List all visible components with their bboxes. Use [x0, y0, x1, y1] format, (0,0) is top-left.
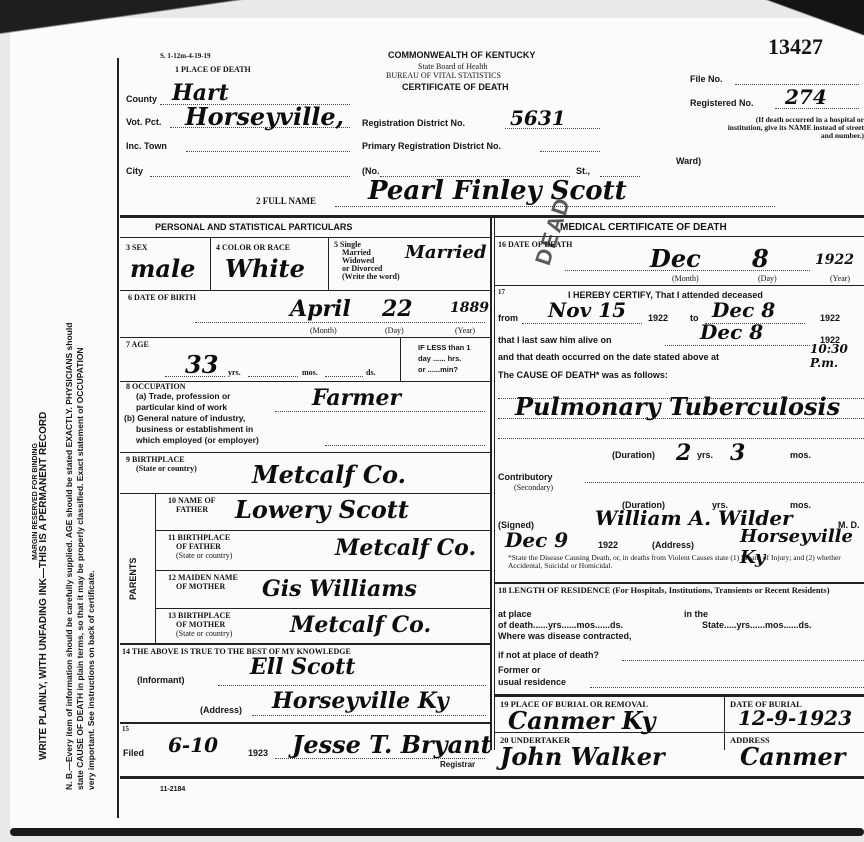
city-label: City: [126, 166, 143, 176]
birthplace-value: Metcalf Co.: [252, 460, 406, 489]
age-mos-line: [248, 376, 298, 377]
contributory-sub: (Secondary): [514, 483, 553, 492]
margin-line-4: very important. See instructions on back…: [86, 323, 97, 790]
father-name-label-1: 10 NAME OF: [168, 496, 216, 505]
dob-year-caption: (Year): [455, 326, 475, 335]
if-less-line-3: or ......min?: [418, 364, 471, 375]
contributory-line: [585, 482, 864, 483]
duration-yrs-caption: yrs.: [697, 450, 713, 460]
occ-a-line-1: (a) Trade, profession or: [136, 391, 230, 402]
undertaker-address-value: Canmer: [740, 742, 845, 771]
attended-to-label: to: [690, 313, 699, 323]
cause-value: Pulmonary Tuberculosis: [515, 392, 840, 421]
place-of-death-label: 1 PLACE OF DEATH: [175, 65, 251, 74]
marital-line-write: (Write the word): [334, 273, 400, 281]
informant-address-value: Horseyville Ky: [272, 688, 449, 714]
physician-address-label: (Address): [652, 540, 694, 550]
cause-label: The CAUSE OF DEATH* was as follows:: [498, 370, 668, 380]
death-year-caption: (Year): [830, 274, 850, 283]
race-divider: [328, 238, 329, 290]
rule-residence: [494, 582, 864, 584]
if-less-line-1: IF LESS than 1: [418, 342, 471, 353]
informant-label: (Informant): [137, 675, 185, 685]
father-birthplace-label: 11 BIRTHPLACE OF FATHER (State or countr…: [168, 533, 232, 560]
filed-num: 15: [122, 725, 129, 733]
filed-label: Filed: [123, 748, 144, 758]
primary-reg-label: Primary Registration District No.: [362, 141, 501, 151]
contributory-mos-caption: mos.: [790, 500, 811, 510]
informant-address-line: [252, 715, 486, 716]
residence-state: State.....yrs......mos......ds.: [702, 620, 812, 630]
ward-label: Ward): [676, 156, 701, 166]
age-years-line: [165, 376, 225, 377]
occ-b-line-1: (b) General nature of industry,: [124, 413, 259, 424]
father-birthplace-value: Metcalf Co.: [335, 535, 476, 561]
occ-b-line-2: business or establishment in: [124, 424, 259, 435]
mother-birthplace-label: 13 BIRTHPLACE OF MOTHER (State or countr…: [168, 611, 232, 638]
county-label: County: [126, 94, 157, 104]
if-less-line-2: day ...... hrs.: [418, 353, 471, 364]
sex-label: 3 SEX: [126, 243, 148, 252]
dob-day-caption: (Day): [385, 326, 404, 335]
hospital-note: (If death occurred in a hospital or inst…: [720, 116, 864, 140]
medical-section-title: MEDICAL CERTIFICATE OF DEATH: [560, 222, 727, 233]
residence-in-the: in the: [684, 609, 708, 619]
rule-dob: [120, 290, 490, 291]
dob-year-value: 1889: [450, 300, 489, 316]
if-not-place-line: [622, 660, 864, 661]
attended-from-value: Nov 15: [548, 298, 626, 322]
death-day-caption: (Day): [758, 274, 777, 283]
signed-year: 1922: [598, 540, 618, 550]
center-divider: [490, 215, 492, 750]
rule-mother-name: [155, 570, 490, 571]
occ-b-line-3: which employed (or employer): [124, 435, 259, 446]
section-divider: [120, 215, 864, 218]
duration-yrs-value: 2: [676, 440, 691, 466]
informant-address-label: (Address): [200, 705, 242, 715]
city-line: [150, 176, 350, 177]
street-label: St.,: [576, 166, 590, 176]
attended-to-year: 1922: [820, 313, 840, 323]
mbp-label-2: OF MOTHER: [168, 620, 232, 629]
mother-birthplace-value: Metcalf Co.: [290, 612, 431, 638]
rule-filed: [120, 722, 490, 724]
dob-line: [195, 322, 485, 323]
certificate-number: 13427: [768, 34, 823, 60]
cause-line-3: [498, 438, 864, 439]
duration-mos-value: 3: [730, 440, 745, 466]
registrar-label: Registrar: [440, 760, 475, 769]
mbp-label-1: 13 BIRTHPLACE: [168, 611, 232, 620]
residence-label: 18 LENGTH OF RESIDENCE (For Hospitals, I…: [498, 585, 864, 596]
certify-num: 17: [498, 288, 505, 296]
attended-from-year: 1922: [648, 313, 668, 323]
former-residence-label: Former or: [498, 665, 541, 675]
personal-section-title: PERSONAL AND STATISTICAL PARTICULARS: [155, 222, 352, 232]
mother-name-label-1: 12 MAIDEN NAME: [168, 573, 238, 582]
mother-name-value: Gis Williams: [262, 576, 417, 602]
age-ds-line: [325, 376, 363, 377]
death-time-label: and that death occurred on the date stat…: [498, 352, 719, 362]
header-certificate-title: CERTIFICATE OF DEATH: [402, 82, 509, 92]
age-yrs-caption: yrs.: [228, 368, 241, 377]
rule-informant: [120, 643, 490, 645]
fbp-label-2: OF FATHER: [168, 542, 232, 551]
birthplace-label: 9 BIRTHPLACE: [126, 455, 185, 464]
informant-value: Ell Scott: [250, 654, 355, 680]
rule-certify: [494, 285, 864, 286]
filed-year: 1923: [248, 748, 268, 758]
last-saw-label: that I last saw him alive on: [498, 335, 612, 345]
reg-district-label: Registration District No.: [362, 118, 465, 128]
margin-nb: N. B.—Every item of information should b…: [64, 323, 97, 790]
parents-label: PARENTS: [128, 558, 138, 600]
paper-bottom-edge: [10, 828, 864, 836]
footer-code: 11-2184: [160, 786, 185, 793]
race-label: 4 COLOR OR RACE: [216, 243, 290, 252]
death-time-value: 10:30 P.m.: [810, 342, 864, 370]
if-less-box: IF LESS than 1 day ...... hrs. or ......…: [418, 342, 471, 375]
last-saw-value: Dec 8: [700, 320, 763, 344]
attended-to-value: Dec 8: [712, 298, 775, 322]
death-month-caption: (Month): [672, 274, 699, 283]
header-commonwealth: COMMONWEALTH OF KENTUCKY: [388, 50, 535, 60]
age-years-value: 33: [185, 350, 218, 379]
filed-date-value: 6-10: [168, 733, 218, 757]
occupation-a-label: (a) Trade, profession or particular kind…: [136, 391, 230, 413]
attended-from-line: [522, 323, 642, 324]
reg-district-value: 5631: [510, 106, 566, 130]
full-name-value: Pearl Finley Scott: [368, 176, 627, 206]
registered-no-label: Registered No.: [690, 98, 754, 108]
full-name-label: 2 FULL NAME: [256, 196, 316, 206]
date-of-death-label: 16 DATE OF DEATH: [498, 240, 572, 249]
race-value: White: [225, 254, 305, 283]
frame-left: [117, 58, 119, 818]
rule-undertaker: [494, 732, 864, 733]
dob-day-value: 22: [382, 296, 413, 322]
rule-birthplace: [120, 452, 490, 453]
age-ds-caption: ds.: [366, 368, 376, 377]
inc-town-label: Inc. Town: [126, 141, 167, 151]
margin-reserved: MARGIN RESERVED FOR BINDING: [30, 443, 41, 560]
mbp-label-3: (State or country): [168, 629, 232, 638]
father-name-value: Lowery Scott: [235, 495, 409, 524]
signed-date-value: Dec 9: [505, 528, 568, 552]
occupation-b-line: [325, 445, 485, 446]
rule-mother-birthplace: [155, 608, 490, 609]
usual-residence-label: usual residence: [498, 677, 566, 687]
duration-mos-caption: mos.: [790, 450, 811, 460]
rule-parents: [120, 493, 490, 494]
mother-name-label-2: OF MOTHER: [168, 582, 238, 591]
registrar-signature: Jesse T. Bryant: [292, 730, 492, 759]
center-divider-inner: [494, 215, 495, 750]
inc-town-line: [186, 151, 350, 152]
age-label: 7 AGE: [126, 340, 149, 349]
dob-month-value: April: [290, 296, 351, 322]
vot-pct-value: Horseyville,: [185, 102, 344, 131]
fbp-label-3: (State or country): [168, 551, 232, 560]
duration-label: (Duration): [612, 450, 655, 460]
burial-divider: [724, 697, 725, 750]
marital-value: Married: [405, 242, 486, 263]
rule-father-birthplace: [155, 530, 490, 531]
occ-a-line-2: particular kind of work: [136, 402, 230, 413]
header-board: State Board of Health: [418, 62, 488, 71]
dob-label: 6 DATE OF BIRTH: [128, 293, 196, 302]
margin-line-2: N. B.—Every item of information should b…: [64, 323, 75, 790]
burial-place-value: Canmer Ky: [508, 706, 656, 735]
registered-no-value: 274: [785, 85, 827, 109]
occupation-b-label: (b) General nature of industry, business…: [124, 413, 259, 446]
occupation-value: Farmer: [312, 385, 401, 411]
dob-month-caption: (Month): [310, 326, 337, 335]
birthplace-sub: (State or country): [136, 464, 197, 473]
header-bureau: BUREAU OF VITAL STATISTICS: [386, 71, 501, 80]
fbp-label-1: 11 BIRTHPLACE: [168, 533, 232, 542]
rule-age: [120, 337, 490, 338]
vot-pct-label: Vot. Pct.: [126, 117, 161, 127]
form-code: S. 1-12m-4-19-19: [160, 52, 211, 60]
residence-of-death: of death......yrs......mos......ds.: [498, 620, 623, 630]
disease-contracted-label: Where was disease contracted,: [498, 631, 632, 641]
margin-reserved-text: MARGIN RESERVED FOR BINDING: [32, 443, 39, 560]
sex-divider: [210, 238, 211, 290]
residence-at-place: at place: [498, 609, 532, 619]
margin-line-3: state CAUSE OF DEATH in plain terms, so …: [75, 323, 86, 790]
informant-line: [218, 685, 486, 686]
rule-bottom: [120, 776, 864, 779]
sex-value: male: [130, 254, 195, 283]
file-no-label: File No.: [690, 74, 723, 84]
personal-title-rule: [120, 237, 490, 238]
age-mos-caption: mos.: [302, 368, 318, 377]
occupation-label: 8 OCCUPATION: [126, 382, 185, 391]
father-name-label-2: FATHER: [168, 505, 216, 514]
death-year-value: 1922: [815, 252, 854, 268]
if-less-divider: [400, 337, 401, 381]
death-month-value: Dec: [650, 244, 701, 273]
father-name-label: 10 NAME OF FATHER: [168, 496, 216, 514]
if-not-place-label: if not at place of death?: [498, 650, 599, 660]
street-no-label: (No.: [362, 166, 380, 176]
last-saw-line: [665, 345, 810, 346]
attended-from-label: from: [498, 313, 518, 323]
primary-reg-line: [540, 151, 600, 152]
undertaker-signature: John Walker: [500, 742, 665, 771]
contributory-label: Contributory: [498, 472, 553, 482]
marital-label: 5 Single Married Widowed or Divorced (Wr…: [334, 241, 400, 281]
burial-date-value: 12-9-1923: [738, 706, 852, 730]
mother-name-label: 12 MAIDEN NAME OF MOTHER: [168, 573, 238, 591]
rule-burial: [494, 694, 864, 697]
cause-footnote: *State the Disease Causing Death, or, in…: [508, 554, 864, 570]
parents-divider: [155, 493, 156, 643]
usual-residence-line: [590, 687, 864, 688]
occupation-a-line: [275, 411, 485, 412]
death-day-value: 8: [752, 244, 769, 273]
